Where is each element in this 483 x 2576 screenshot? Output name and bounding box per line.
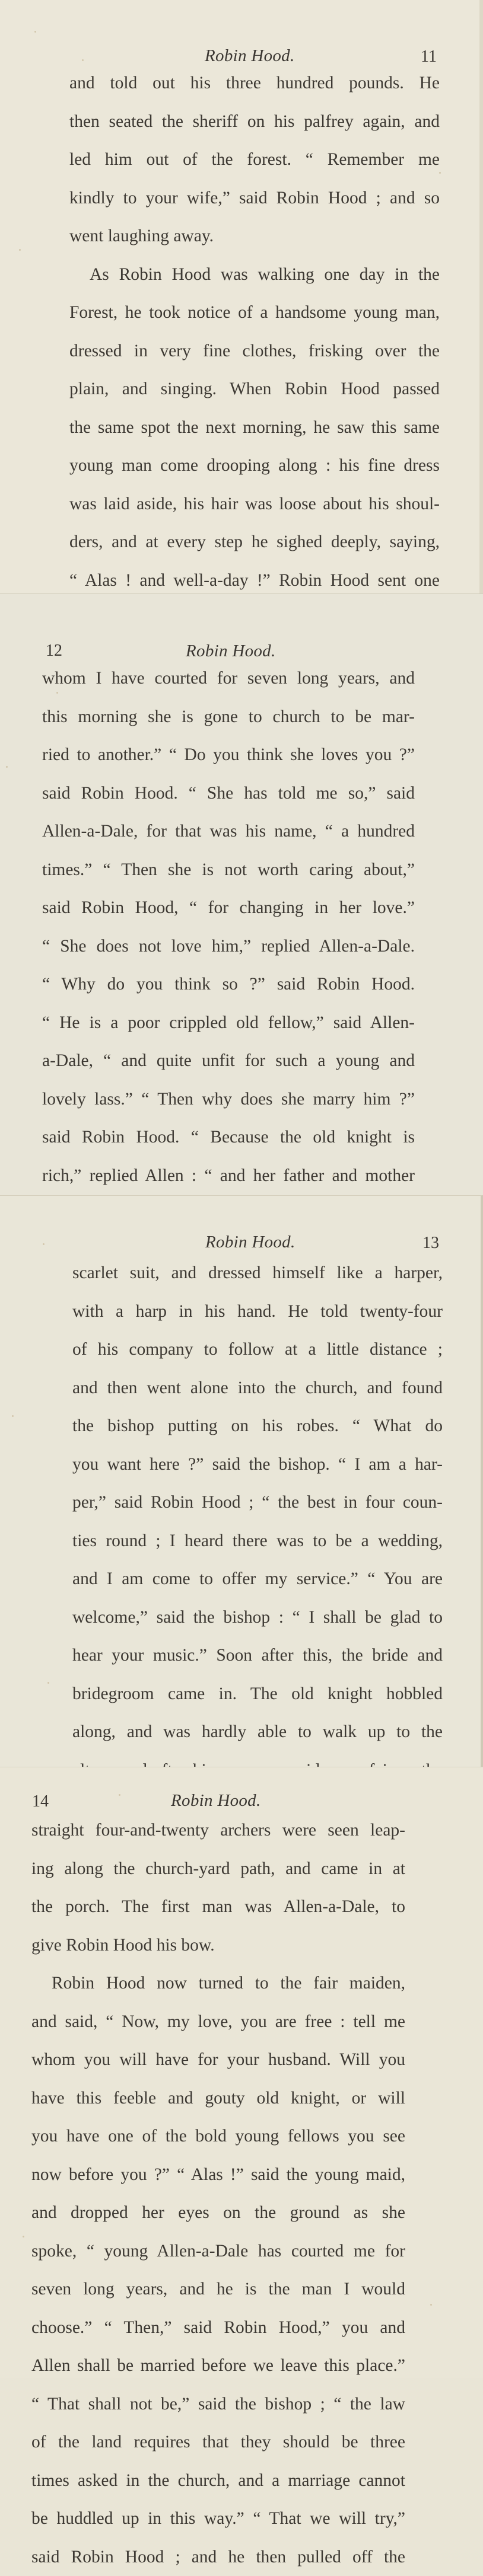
text-line: led him out of the forest. “ Remember me xyxy=(69,141,440,179)
text-line: ing along the church-yard path, and came… xyxy=(31,1850,405,1888)
text-line: along, and was hardly able to walk up to… xyxy=(72,1713,443,1751)
text-line: went laughing away. xyxy=(69,217,440,256)
paper-fleck xyxy=(56,692,58,694)
text-line: “ Why do you think so ?” said Robin Hood… xyxy=(42,965,415,1004)
text-line: was laid aside, his hair was loose about… xyxy=(69,485,440,524)
text-line: and dropped her eyes on the ground as sh… xyxy=(31,2194,405,2232)
text-line: Allen shall be married before we leave t… xyxy=(31,2347,405,2378)
text-line: this morning she is gone to church to be… xyxy=(42,698,415,736)
text-line: said Robin Hood, “ for changing in her l… xyxy=(42,889,415,927)
text-line: whom I have courted for seven long years… xyxy=(42,659,415,698)
book-page-12: 12 Robin Hood. whom I have courted for s… xyxy=(0,593,483,1195)
text-line: the same spot the next morning, he saw t… xyxy=(69,408,440,447)
text-line: of his company to follow at a little dis… xyxy=(72,1330,443,1369)
text-line: a-Dale, “ and quite unfit for such a you… xyxy=(42,1042,415,1080)
text-line: welcome,” said the bishop : “ I shall be… xyxy=(72,1598,443,1637)
text-line: give Robin Hood his bow. xyxy=(31,1926,405,1965)
paper-fleck xyxy=(19,249,21,251)
text-line: Allen-a-Dale, for that was his name, “ a… xyxy=(42,812,415,851)
paper-fleck xyxy=(430,2304,432,2306)
page-number: 14 xyxy=(32,1792,49,1811)
text-line: whom you will have for your husband. Wil… xyxy=(31,2041,405,2079)
paper-fleck xyxy=(332,1175,334,1177)
text-line: with a harp in his hand. He told twenty-… xyxy=(72,1292,443,1331)
paper-fleck xyxy=(82,59,84,61)
text-line: you want here ?” said the bishop. “ I am… xyxy=(72,1445,443,1484)
text-line: “ He is a poor crippled old fellow,” sai… xyxy=(42,1004,415,1042)
text-line: the bishop putting on his robes. “ What … xyxy=(72,1407,443,1445)
text-line: and said, “ Now, my love, you are free :… xyxy=(31,2003,405,2041)
page-number: 13 xyxy=(422,1234,439,1253)
book-page-11: Robin Hood. 11 and told out his three hu… xyxy=(0,0,483,593)
text-line-paragraph-start: As Robin Hood was walking one day in the xyxy=(69,256,440,294)
text-line: plain, and singing. When Robin Hood pass… xyxy=(69,370,440,408)
text-line: then seated the sheriff on his palfrey a… xyxy=(69,103,440,141)
running-head: Robin Hood. xyxy=(186,641,276,661)
text-line: choose.” “ Then,” said Robin Hood,” you … xyxy=(31,2309,405,2347)
text-line: said Robin Hood. “ She has told me so,” … xyxy=(42,774,415,813)
book-page-13: Robin Hood. 13 scarlet suit, and dressed… xyxy=(0,1195,483,1767)
text-line: ties round ; I heard there was to be a w… xyxy=(72,1522,443,1560)
text-line: have this feeble and gouty old knight, o… xyxy=(31,2079,405,2118)
text-line: said Robin Hood. “ Because the old knigh… xyxy=(42,1118,415,1157)
book-page-14: 14 Robin Hood. straight four-and-twenty … xyxy=(0,1767,483,2378)
text-line: times.” “ Then she is not worth caring a… xyxy=(42,851,415,889)
text-line: and then went alone into the church, and… xyxy=(72,1369,443,1407)
paper-fleck xyxy=(43,1243,45,1245)
paper-fleck xyxy=(6,766,8,768)
text-line: kindly to your wife,” said Robin Hood ; … xyxy=(69,179,440,218)
text-line: the porch. The first man was Allen-a-Dal… xyxy=(31,1888,405,1926)
text-line: and I am come to offer my service.” “ Yo… xyxy=(72,1560,443,1598)
text-line: Forest, he took notice of a handsome you… xyxy=(69,293,440,332)
text-line: rich,” replied Allen : “ and her father … xyxy=(42,1157,415,1195)
page-number: 12 xyxy=(46,641,62,660)
text-line: straight four-and-twenty archers were se… xyxy=(31,1811,405,1850)
text-line-paragraph-start: Robin Hood now turned to the fair maiden… xyxy=(31,1964,405,2003)
text-line: dressed in very fine clothes, frisking o… xyxy=(69,332,440,371)
text-line: scarlet suit, and dressed himself like a… xyxy=(72,1254,443,1292)
text-line: “ She does not love him,” replied Allen-… xyxy=(42,927,415,966)
text-line: lovely lass.” “ Then why does she marry … xyxy=(42,1080,415,1119)
paper-fleck xyxy=(34,31,36,33)
text-line: seven long years, and he is the man I wo… xyxy=(31,2270,405,2309)
text-line: ried to another.” “ Do you think she lov… xyxy=(42,736,415,774)
paper-fleck xyxy=(23,2236,24,2237)
paper-fleck xyxy=(47,1682,49,1684)
text-line: you have one of the bold young fellows y… xyxy=(31,2117,405,2156)
paper-fleck xyxy=(119,1794,120,1796)
text-line: bridegroom came in. The old knight hobbl… xyxy=(72,1675,443,1713)
text-line: and told out his three hundred pounds. H… xyxy=(69,64,440,103)
text-line: now before you ?” “ Alas !” said the you… xyxy=(31,2156,405,2194)
running-head: Robin Hood. xyxy=(205,46,295,66)
text-line: hear your music.” Soon after this, the b… xyxy=(72,1636,443,1675)
running-head: Robin Hood. xyxy=(171,1791,261,1811)
page-text: straight four-and-twenty archers were se… xyxy=(31,1811,405,2378)
paper-fleck xyxy=(12,1415,14,1417)
text-line: young man come drooping along : his fine… xyxy=(69,446,440,485)
paper-fleck xyxy=(439,172,441,174)
text-line: ders, and at every step he sighed deeply… xyxy=(69,523,440,561)
running-head: Robin Hood. xyxy=(205,1233,295,1252)
text-line: per,” said Robin Hood ; “ the best in fo… xyxy=(72,1483,443,1522)
text-line: spoke, “ young Allen-a-Dale has courted … xyxy=(31,2232,405,2271)
paper-fleck xyxy=(401,1729,403,1731)
